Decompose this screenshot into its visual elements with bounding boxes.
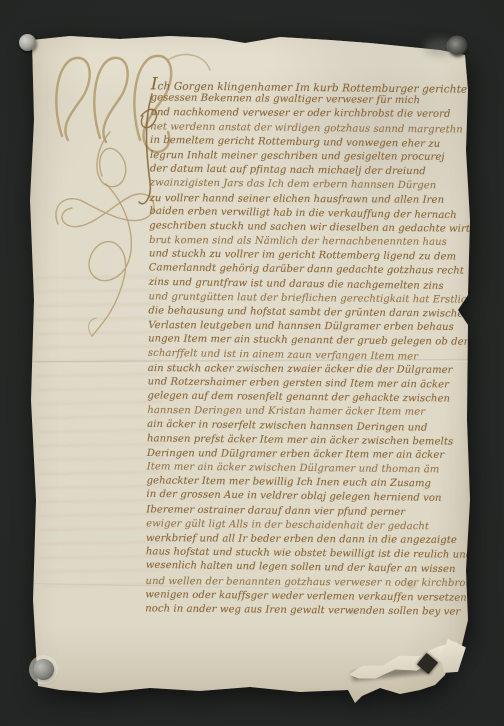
manuscript-line: Item mer ain äcker zwischen Dülgramer un… bbox=[147, 460, 463, 477]
manuscript-line: in bemeltem gericht Rottemburg und vonwe… bbox=[150, 134, 466, 153]
manuscript-line: noch in ander weg aus Iren gewalt verwen… bbox=[145, 602, 461, 619]
ink-stain bbox=[401, 578, 421, 592]
manuscript-text: Ich Gorgen klingenhamer Im kurb Rottembu… bbox=[145, 77, 467, 619]
photo-background: Ich Gorgen klingenhamer Im kurb Rottembu… bbox=[0, 0, 504, 726]
pin-top-left-icon bbox=[19, 34, 36, 51]
manuscript-line: net werdenn anstat der wirdigen gotzhaus… bbox=[150, 120, 466, 137]
manuscript-line: gelegen auf dem rosenfelt genannt der ge… bbox=[147, 389, 463, 406]
manuscript-line: werkbrief und all Ir beder erben den dan… bbox=[146, 532, 462, 548]
manuscript-line: gehackter Item mer bewillig Ich Inen euc… bbox=[147, 475, 463, 492]
paper-shadow-wrap: Ich Gorgen klingenhamer Im kurb Rottembu… bbox=[0, 0, 504, 726]
manuscript-line: haus hofstat und stuckh wie obstet bewil… bbox=[146, 546, 462, 563]
smudge-stain bbox=[346, 606, 360, 618]
manuscript-line: die behausung und hofstat sambt der grün… bbox=[148, 304, 464, 321]
manuscript-line: ewiger gült ligt Alls in der beschaidenh… bbox=[146, 517, 462, 534]
pin-top-right-icon bbox=[448, 37, 466, 55]
manuscript-line: der datum laut auf pfintag nach michaelj… bbox=[150, 162, 466, 179]
manuscript-paper: Ich Gorgen klingenhamer Im kurb Rottembu… bbox=[26, 32, 472, 706]
manuscript-line: zins und gruntfraw ist und daraus die na… bbox=[149, 275, 465, 294]
manuscript-line: baiden erben verwilligt hab in die verka… bbox=[149, 204, 465, 223]
manuscript-line: legrun Inhalt meiner geschriben und gesi… bbox=[150, 149, 466, 165]
manuscript-line: und stuckh zu vollrer im gericht Rottemb… bbox=[149, 248, 465, 265]
manuscript-line: Camerlanndt gehörig darüber dann gedacht… bbox=[149, 262, 465, 279]
fold-crease-horizontal bbox=[28, 359, 468, 364]
pen-flourish-monogram-icon bbox=[50, 128, 168, 343]
manuscript-line: hannsen prefst äcker Item mer ain äcker … bbox=[147, 432, 463, 449]
manuscript-line: Deringen und Dülgramer erben äcker Item … bbox=[147, 447, 463, 463]
verso-ink-showthrough bbox=[35, 266, 166, 598]
pen-flourish-top-icon bbox=[48, 40, 218, 155]
manuscript-line: scharffelt und ist in ainem zaun verfang… bbox=[148, 346, 464, 365]
manuscript-line: zwainzigisten Jars das Ich dem erbern ha… bbox=[150, 177, 466, 194]
manuscript-line: gesessen Bekennen als gwaltiger verweser… bbox=[151, 92, 467, 109]
fold-crease-lower bbox=[30, 583, 330, 591]
manuscript-line: wesenlich halten und legen sollen und de… bbox=[146, 559, 462, 578]
pin-bottom-left-icon bbox=[33, 659, 54, 680]
manuscript-line: und nachkomend verweser er oder kirchbro… bbox=[150, 106, 466, 122]
manuscript-line: und gruntgütten laut der brieflichen ger… bbox=[148, 290, 464, 307]
manuscript-line: brut komen sind als Nämlich der hernachb… bbox=[149, 234, 465, 250]
manuscript-line: ain stuckh acker zwischen zwaier äcker d… bbox=[148, 362, 464, 378]
manuscript-line: Ich Gorgen klingenhamer Im kurb Rottembu… bbox=[151, 77, 467, 94]
manuscript-line: Iberemer ostrainer darauf dann vier pfun… bbox=[146, 503, 462, 520]
manuscript-line: in der grossen Aue in veldrer oblaj gele… bbox=[146, 488, 462, 507]
initial-letter-flourish-icon bbox=[136, 90, 164, 215]
manuscript-line: Verlasten leutgeben und hannsen Dülgrame… bbox=[148, 319, 464, 335]
manuscript-line: wenigen oder kauffsger weder verlemen ve… bbox=[145, 588, 461, 605]
manuscript-line: zu vollrer hannd seiner elichen hausfraw… bbox=[150, 192, 466, 208]
manuscript-line: und wellen der benannten gotzhaus verwes… bbox=[146, 575, 462, 591]
manuscript-line: ain äcker in roserfelt zwischen hannsen … bbox=[147, 417, 463, 436]
manuscript-line: und Rotzershaimer erben gersten sind Ite… bbox=[148, 375, 464, 392]
manuscript-line: ungen Item mer ain stuckh genannt der gr… bbox=[148, 333, 464, 350]
manuscript-line: geschriben stuckh und sachen wir dieselb… bbox=[149, 219, 465, 236]
manuscript-line: hannsen Deringen und Kristan hamer äcker… bbox=[147, 404, 463, 420]
